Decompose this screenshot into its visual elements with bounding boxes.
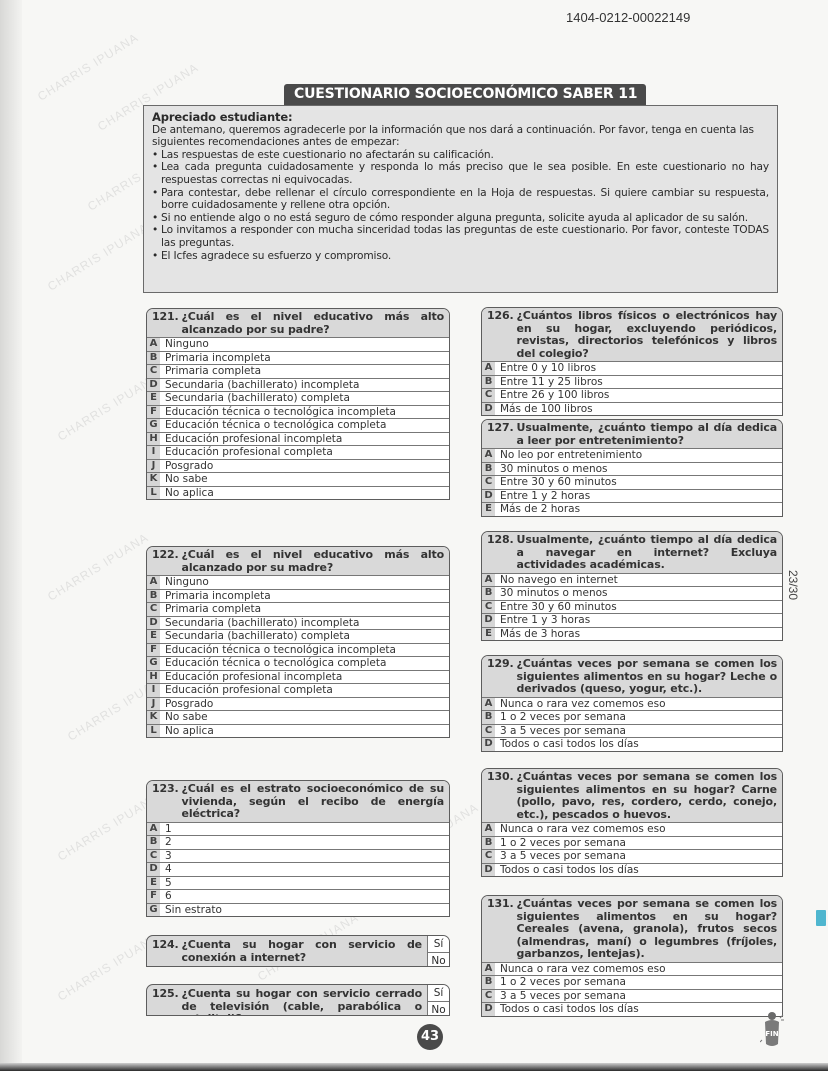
- document-id: 1404-0212-00022149: [566, 10, 690, 25]
- option-text: Más de 100 libros: [495, 403, 593, 416]
- question-number: 127.: [487, 422, 517, 447]
- option-text: 1 o 2 veces por semana: [495, 837, 626, 850]
- option-letter: G: [147, 657, 160, 670]
- option-letter: F: [147, 644, 160, 657]
- option-letter: K: [147, 711, 160, 724]
- question-129: 129.¿Cuántas veces por semana se comen l…: [481, 655, 783, 752]
- answer-option[interactable]: DTodos o casi todos los días: [482, 1002, 782, 1016]
- option-text: 3 a 5 veces por semana: [495, 990, 626, 1003]
- option-text: No aplica: [160, 725, 214, 738]
- question-number: 122.: [152, 549, 182, 574]
- option-text: No aplica: [160, 487, 214, 500]
- option-letter: K: [147, 473, 160, 486]
- question-number: 126.: [487, 310, 517, 360]
- answer-option[interactable]: B1 o 2 veces por semana: [482, 836, 782, 850]
- question-123: 123.¿Cuál es el estrato socioeconómico d…: [146, 780, 450, 917]
- option-text: Secundaria (bachillerato) completa: [160, 630, 350, 643]
- watermark-text: CHARRIS IPUANA: [45, 220, 151, 293]
- option-letter: C: [147, 365, 160, 378]
- question-number: 131.: [487, 898, 517, 961]
- answer-option[interactable]: JPosgrado: [147, 459, 449, 473]
- answer-option[interactable]: D4: [147, 862, 449, 876]
- question-126: 126.¿Cuántos libros físicos o electrónic…: [481, 307, 783, 416]
- option-text: Todos o casi todos los días: [495, 738, 639, 751]
- question-text: Usualmente, ¿cuánto tiempo al día dedica…: [517, 534, 777, 572]
- question-text: ¿Cuántas veces por semana se comen los s…: [517, 658, 777, 696]
- side-tab-icon: [816, 910, 826, 926]
- option-text: 4: [160, 863, 172, 876]
- option-letter: J: [147, 698, 160, 711]
- intro-lead: De antemano, queremos agradecerle por la…: [152, 124, 769, 149]
- option-letter: D: [482, 490, 495, 503]
- question-text: ¿Cuántas veces por semana se comen los s…: [517, 771, 777, 821]
- option-letter: B: [482, 376, 495, 389]
- answer-option[interactable]: GSin estrato: [147, 903, 449, 917]
- option-letter: E: [147, 392, 160, 405]
- option-text: Más de 2 horas: [495, 503, 580, 516]
- option-letter: B: [147, 590, 160, 603]
- question-125: 125.¿Cuenta su hogar con servicio cerrad…: [146, 984, 450, 1016]
- question-text: ¿Cuántos libros físicos o electrónicos h…: [517, 310, 777, 360]
- option-text: Entre 11 y 25 libros: [495, 376, 603, 389]
- answer-option[interactable]: CEntre 30 y 60 minutos: [482, 475, 782, 489]
- yes-no-options: SíNo: [427, 985, 449, 1015]
- option-letter: B: [482, 837, 495, 850]
- answer-option[interactable]: B30 minutos o menos: [482, 462, 782, 476]
- page-number-badge: 43: [417, 1024, 443, 1050]
- option-letter: E: [482, 503, 495, 516]
- question-127: 127.Usualmente, ¿cuánto tiempo al día de…: [481, 419, 783, 517]
- answer-option[interactable]: A1: [147, 822, 449, 836]
- option-letter: A: [147, 576, 160, 589]
- option-text: Primaria completa: [160, 603, 261, 616]
- answer-option[interactable]: BEntre 11 y 25 libros: [482, 375, 782, 389]
- option-text: Posgrado: [160, 698, 213, 711]
- option-text: Entre 1 y 2 horas: [495, 490, 590, 503]
- option-text: Educación profesional incompleta: [160, 671, 342, 684]
- option-text: Educación técnica o tecnológica incomple…: [160, 644, 396, 657]
- answer-option[interactable]: DSecundaria (bachillerato) incompleta: [147, 616, 449, 630]
- answer-option[interactable]: HEducación profesional incompleta: [147, 432, 449, 446]
- answer-option[interactable]: GEducación técnica o tecnológica complet…: [147, 418, 449, 432]
- answer-option[interactable]: B30 minutos o menos: [482, 586, 782, 600]
- answer-option[interactable]: FEducación técnica o tecnológica incompl…: [147, 405, 449, 419]
- answer-option[interactable]: GEducación técnica o tecnológica complet…: [147, 656, 449, 670]
- intro-box: Apreciado estudiante: De antemano, quere…: [143, 105, 778, 293]
- option-text: Educación técnica o tecnológica incomple…: [160, 406, 396, 419]
- option-letter: I: [147, 446, 160, 459]
- option-text: 30 minutos o menos: [495, 463, 608, 476]
- answer-option[interactable]: B1 o 2 veces por semana: [482, 710, 782, 724]
- option-letter: A: [147, 338, 160, 351]
- option-text: Educación profesional completa: [160, 446, 333, 459]
- option-letter: B: [147, 836, 160, 849]
- option-letter: B: [482, 711, 495, 724]
- answer-option[interactable]: HEducación profesional incompleta: [147, 670, 449, 684]
- option-yes[interactable]: Sí: [427, 985, 449, 1002]
- option-text: Educación técnica o tecnológica completa: [160, 657, 386, 670]
- answer-option[interactable]: DEntre 1 y 2 horas: [482, 489, 782, 503]
- option-letter: H: [147, 671, 160, 684]
- option-letter: A: [147, 823, 160, 836]
- option-text: Educación profesional completa: [160, 684, 333, 697]
- answer-option[interactable]: CEntre 30 y 60 minutos: [482, 600, 782, 614]
- question-122: 122.¿Cuál es el nivel educativo más alto…: [146, 546, 450, 738]
- option-text: Ninguno: [160, 576, 209, 589]
- option-letter: C: [482, 990, 495, 1003]
- intro-bullet: Si no entiende algo o no está seguro de …: [152, 212, 769, 225]
- option-no[interactable]: No: [427, 953, 449, 967]
- question-header: 123.¿Cuál es el estrato socioeconómico d…: [147, 781, 449, 822]
- question-124: 124.¿Cuenta su hogar con servicio de con…: [146, 935, 450, 967]
- answer-option[interactable]: LNo aplica: [147, 724, 449, 738]
- option-text: Todos o casi todos los días: [495, 1003, 639, 1016]
- option-text: 2: [160, 836, 172, 849]
- option-text: Primaria incompleta: [160, 352, 271, 365]
- answer-option[interactable]: LNo aplica: [147, 486, 449, 500]
- answer-option[interactable]: B1 o 2 veces por semana: [482, 975, 782, 989]
- page-title: CUESTIONARIO SOCIOECONÓMICO SABER 11: [284, 84, 646, 105]
- answer-option[interactable]: F6: [147, 889, 449, 903]
- option-no[interactable]: No: [427, 1002, 449, 1016]
- answer-option[interactable]: B2: [147, 835, 449, 849]
- question-header: 126.¿Cuántos libros físicos o electrónic…: [482, 308, 782, 361]
- fin-mascot-icon: FIN: [760, 1010, 784, 1050]
- option-letter: F: [147, 890, 160, 903]
- option-text: Posgrado: [160, 460, 213, 473]
- intro-bullet: El Icfes agradece su esfuerzo y compromi…: [152, 250, 769, 263]
- option-text: No leo por entretenimiento: [495, 449, 642, 462]
- option-letter: E: [482, 628, 495, 641]
- answer-option[interactable]: ANinguno: [147, 337, 449, 351]
- option-letter: A: [482, 449, 495, 462]
- answer-option[interactable]: DSecundaria (bachillerato) incompleta: [147, 378, 449, 392]
- answer-option[interactable]: ANo leo por entretenimiento: [482, 448, 782, 462]
- answer-option[interactable]: C3 a 5 veces por semana: [482, 989, 782, 1003]
- question-text: ¿Cuál es el nivel educativo más alto alc…: [182, 311, 444, 336]
- option-text: Nunca o rara vez comemos eso: [495, 698, 666, 711]
- option-text: Ninguno: [160, 338, 209, 351]
- option-letter: D: [482, 403, 495, 416]
- option-text: 3 a 5 veces por semana: [495, 850, 626, 863]
- option-letter: C: [482, 389, 495, 402]
- option-letter: C: [147, 850, 160, 863]
- answer-option[interactable]: IEducación profesional completa: [147, 445, 449, 459]
- answer-option[interactable]: ESecundaria (bachillerato) completa: [147, 391, 449, 405]
- answer-option[interactable]: ANinguno: [147, 575, 449, 589]
- question-header: 129.¿Cuántas veces por semana se comen l…: [482, 656, 782, 697]
- question-header: 122.¿Cuál es el nivel educativo más alto…: [147, 547, 449, 575]
- question-number: 125.: [152, 988, 182, 1014]
- option-text: 30 minutos o menos: [495, 587, 608, 600]
- answer-option[interactable]: EMás de 3 horas: [482, 627, 782, 641]
- option-text: Secundaria (bachillerato) completa: [160, 392, 350, 405]
- option-text: No navego en internet: [495, 574, 618, 587]
- option-letter: C: [482, 476, 495, 489]
- answer-option[interactable]: C3: [147, 849, 449, 863]
- intro-bullet: Las respuestas de este cuestionario no a…: [152, 149, 769, 162]
- yes-no-options: SíNo: [427, 936, 449, 966]
- intro-bullets: Las respuestas de este cuestionario no a…: [152, 149, 769, 262]
- option-text: Sin estrato: [160, 904, 222, 917]
- option-letter: B: [482, 587, 495, 600]
- option-letter: L: [147, 487, 160, 500]
- answer-option[interactable]: DMás de 100 libros: [482, 402, 782, 416]
- option-letter: F: [147, 406, 160, 419]
- answer-option[interactable]: ANunca o rara vez comemos eso: [482, 697, 782, 711]
- option-letter: G: [147, 419, 160, 432]
- option-text: Educación técnica o tecnológica completa: [160, 419, 386, 432]
- question-header: 124.¿Cuenta su hogar con servicio de con…: [147, 936, 427, 966]
- bottom-edge: [0, 1063, 828, 1071]
- answer-option[interactable]: ESecundaria (bachillerato) completa: [147, 629, 449, 643]
- answer-option[interactable]: KNo sabe: [147, 472, 449, 486]
- question-header: 125.¿Cuenta su hogar con servicio cerrad…: [147, 985, 427, 1015]
- option-text: Entre 30 y 60 minutos: [495, 601, 617, 614]
- option-letter: E: [147, 630, 160, 643]
- question-text: ¿Cuántas veces por semana se comen los s…: [517, 898, 777, 961]
- question-header: 121.¿Cuál es el nivel educativo más alto…: [147, 309, 449, 337]
- answer-option[interactable]: ANo navego en internet: [482, 573, 782, 587]
- question-text: ¿Cuál es el nivel educativo más alto alc…: [182, 549, 444, 574]
- option-letter: E: [147, 877, 160, 890]
- option-letter: D: [147, 379, 160, 392]
- option-text: No sabe: [160, 711, 208, 724]
- fin-label: FIN: [765, 1030, 778, 1038]
- watermark-text: CHARRIS IPUANA: [45, 530, 151, 603]
- question-number: 130.: [487, 771, 517, 821]
- option-letter: B: [482, 976, 495, 989]
- answer-option[interactable]: DTodos o casi todos los días: [482, 737, 782, 751]
- option-letter: D: [147, 863, 160, 876]
- question-header: 127.Usualmente, ¿cuánto tiempo al día de…: [482, 420, 782, 448]
- question-text: ¿Cuál es el estrato socioeconómico de su…: [182, 783, 444, 821]
- option-text: Nunca o rara vez comemos eso: [495, 963, 666, 976]
- question-number: 121.: [152, 311, 182, 336]
- option-letter: C: [147, 603, 160, 616]
- option-letter: G: [147, 904, 160, 917]
- answer-option[interactable]: KNo sabe: [147, 710, 449, 724]
- option-text: 1: [160, 823, 172, 836]
- option-text: Primaria completa: [160, 365, 261, 378]
- answer-option[interactable]: CPrimaria completa: [147, 364, 449, 378]
- option-text: Todos o casi todos los días: [495, 864, 639, 877]
- answer-option[interactable]: ANunca o rara vez comemos eso: [482, 822, 782, 836]
- option-letter: A: [482, 698, 495, 711]
- option-letter: A: [482, 963, 495, 976]
- answer-option[interactable]: E5: [147, 876, 449, 890]
- question-text: ¿Cuenta su hogar con servicio de conexió…: [182, 939, 422, 965]
- option-yes[interactable]: Sí: [427, 936, 449, 953]
- option-text: 5: [160, 877, 172, 890]
- answer-option[interactable]: CEntre 26 y 100 libros: [482, 388, 782, 402]
- answer-option[interactable]: CPrimaria completa: [147, 602, 449, 616]
- question-header: 130.¿Cuántas veces por semana se comen l…: [482, 769, 782, 822]
- question-text: Usualmente, ¿cuánto tiempo al día dedica…: [517, 422, 777, 447]
- question-number: 123.: [152, 783, 182, 821]
- answer-option[interactable]: DTodos o casi todos los días: [482, 863, 782, 877]
- question-number: 124.: [152, 939, 182, 965]
- question-number: 128.: [487, 534, 517, 572]
- option-text: Entre 30 y 60 minutos: [495, 476, 617, 489]
- option-text: 3: [160, 850, 172, 863]
- option-letter: B: [482, 463, 495, 476]
- option-text: Entre 26 y 100 libros: [495, 389, 609, 402]
- option-letter: D: [147, 617, 160, 630]
- option-letter: D: [482, 864, 495, 877]
- option-text: 1 o 2 veces por semana: [495, 976, 626, 989]
- question-131: 131.¿Cuántas veces por semana se comen l…: [481, 895, 783, 1017]
- question-header: 128.Usualmente, ¿cuánto tiempo al día de…: [482, 532, 782, 573]
- option-letter: C: [482, 725, 495, 738]
- answer-option[interactable]: BPrimaria incompleta: [147, 351, 449, 365]
- option-text: Educación profesional incompleta: [160, 433, 342, 446]
- option-text: Entre 1 y 3 horas: [495, 614, 590, 627]
- option-letter: D: [482, 738, 495, 751]
- option-letter: I: [147, 684, 160, 697]
- option-letter: C: [482, 850, 495, 863]
- option-text: Más de 3 horas: [495, 628, 580, 641]
- option-text: Primaria incompleta: [160, 590, 271, 603]
- question-number: 129.: [487, 658, 517, 696]
- question-128: 128.Usualmente, ¿cuánto tiempo al día de…: [481, 531, 783, 641]
- question-text: ¿Cuenta su hogar con servicio cerrado de…: [182, 988, 422, 1014]
- intro-bullet: Lo invitamos a responder con mucha since…: [152, 224, 769, 249]
- intro-bullet: Para contestar, debe rellenar el círculo…: [152, 187, 769, 212]
- option-letter: B: [147, 352, 160, 365]
- option-letter: D: [482, 614, 495, 627]
- option-text: 6: [160, 890, 172, 903]
- option-letter: J: [147, 460, 160, 473]
- option-letter: L: [147, 725, 160, 738]
- option-letter: A: [482, 823, 495, 836]
- answer-option[interactable]: C3 a 5 veces por semana: [482, 849, 782, 863]
- question-130: 130.¿Cuántas veces por semana se comen l…: [481, 768, 783, 877]
- page-title-text: CUESTIONARIO SOCIOECONÓMICO SABER 11: [294, 86, 637, 102]
- answer-option[interactable]: BPrimaria incompleta: [147, 589, 449, 603]
- option-text: Nunca o rara vez comemos eso: [495, 823, 666, 836]
- option-letter: C: [482, 601, 495, 614]
- page-edge-shadow: [0, 0, 22, 1071]
- option-text: Secundaria (bachillerato) incompleta: [160, 379, 359, 392]
- option-text: Secundaria (bachillerato) incompleta: [160, 617, 359, 630]
- answer-option[interactable]: ANunca o rara vez comemos eso: [482, 962, 782, 976]
- option-text: Entre 0 y 10 libros: [495, 362, 596, 375]
- answer-option[interactable]: DEntre 1 y 3 horas: [482, 613, 782, 627]
- option-letter: H: [147, 433, 160, 446]
- watermark-text: CHARRIS IPUANA: [35, 30, 141, 103]
- option-letter: A: [482, 574, 495, 587]
- answer-option[interactable]: JPosgrado: [147, 697, 449, 711]
- answer-option[interactable]: AEntre 0 y 10 libros: [482, 361, 782, 375]
- question-header: 131.¿Cuántas veces por semana se comen l…: [482, 896, 782, 962]
- question-121: 121.¿Cuál es el nivel educativo más alto…: [146, 308, 450, 500]
- option-letter: A: [482, 362, 495, 375]
- option-text: 3 a 5 veces por semana: [495, 725, 626, 738]
- option-letter: D: [482, 1003, 495, 1016]
- option-text: No sabe: [160, 473, 208, 486]
- intro-bullet: Lea cada pregunta cuidadosamente y respo…: [152, 161, 769, 186]
- intro-greeting: Apreciado estudiante:: [152, 111, 769, 124]
- answer-option[interactable]: IEducación profesional completa: [147, 683, 449, 697]
- answer-option[interactable]: EMás de 2 horas: [482, 502, 782, 516]
- option-text: 1 o 2 veces por semana: [495, 711, 626, 724]
- page-counter: 23/30: [786, 570, 800, 600]
- answer-option[interactable]: FEducación técnica o tecnológica incompl…: [147, 643, 449, 657]
- answer-option[interactable]: C3 a 5 veces por semana: [482, 724, 782, 738]
